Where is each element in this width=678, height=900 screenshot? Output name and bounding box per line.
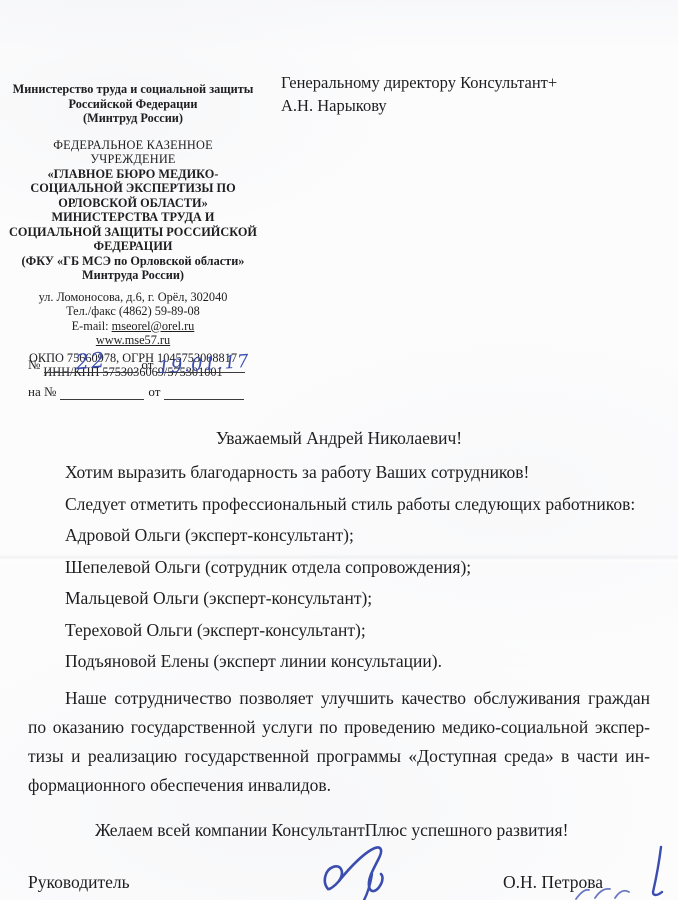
- body-line-intro: Следует отметить профессиональный стиль …: [28, 495, 650, 514]
- scanned-letter-page: Министерство труда и социальной защиты Р…: [0, 0, 678, 900]
- website-url: www.mse57.ru: [8, 333, 258, 348]
- employee-line: Подъяновой Елены (эксперт линии консульт…: [28, 652, 650, 671]
- email-label: E-mail:: [72, 319, 112, 333]
- number-underline: 22: [44, 357, 137, 373]
- email-address: mseorel@orel.ru: [112, 319, 195, 333]
- institution-name: «ГЛАВНОЕ БЮРО МЕДИКО-СОЦИАЛЬНОЙ ЭКСПЕРТИ…: [8, 167, 258, 211]
- body-line-thanks: Хотим выразить благодарность за работу В…: [28, 463, 650, 482]
- reply-number-underline: [60, 384, 144, 400]
- paragraph-line: тизы и реализацию государственной програ…: [28, 742, 650, 771]
- paragraph-line: по оказанию государственной услуги по пр…: [28, 713, 650, 742]
- paragraph-line: Наше сотрудничество позволяет улучшить к…: [28, 684, 650, 713]
- ministry-line: (Минтруд России): [8, 111, 258, 126]
- letterhead: Министерство труда и социальной защиты Р…: [8, 82, 258, 380]
- reply-date-label: от: [148, 384, 160, 400]
- postal-address: ул. Ломоносова, д.6, г. Орёл, 302040: [8, 290, 258, 305]
- employee-line: Адровой Ольги (эксперт-консультант);: [28, 526, 650, 545]
- date-underline: 19.01.17: [157, 357, 245, 373]
- signer-position: Руководитель: [28, 872, 130, 892]
- outgoing-number-row: №22от19.01.17: [28, 357, 268, 375]
- reference-block: №22от19.01.17 на №от: [28, 357, 268, 411]
- reply-date-underline: [164, 384, 244, 400]
- email-line: E-mail: mseorel@orel.ru: [8, 319, 258, 334]
- date-label: от: [141, 357, 153, 373]
- institution-short-name: (ФКУ «ГБ МСЭ по Орловской области» Минтр…: [8, 254, 258, 283]
- ministry-line: Министерство труда и социальной защиты: [8, 82, 258, 97]
- handwritten-number: 22: [75, 348, 108, 375]
- handwritten-signature: [320, 842, 412, 900]
- cooperation-paragraph: Наше сотрудничество позволяет улучшить к…: [28, 684, 650, 800]
- employee-line: Тереховой Ольги (эксперт-консультант);: [28, 621, 650, 640]
- salutation: Уважаемый Андрей Николаевич!: [28, 428, 650, 448]
- reply-label: на №: [28, 384, 56, 400]
- ministry-block: Министерство труда и социальной защиты Р…: [8, 82, 258, 126]
- recipient-title: Генеральному директору Консультант+: [281, 72, 671, 95]
- ministry-line: Российской Федерации: [8, 97, 258, 112]
- phone-fax: Тел./факс (4862) 59-89-08: [8, 304, 258, 319]
- faint-handwriting-fragment: [572, 886, 634, 900]
- paragraph-line: формационного обеспечения инвалидов.: [28, 771, 650, 800]
- employee-line: Шепелевой Ольги (сотрудник отдела сопров…: [28, 558, 650, 577]
- reply-number-row: на №от: [28, 384, 268, 402]
- contact-block: ул. Ломоносова, д.6, г. Орёл, 302040 Тел…: [8, 290, 258, 348]
- institution-type: ФЕДЕРАЛЬНОЕ КАЗЕННОЕ УЧРЕЖДЕНИЕ: [33, 138, 233, 167]
- recipient-block: Генеральному директору Консультант+ А.Н.…: [281, 72, 671, 117]
- employee-line: Мальцевой Ольги (эксперт-консультант);: [28, 589, 650, 608]
- number-label: №: [28, 357, 40, 373]
- pen-mark-bottom-right: [643, 845, 677, 900]
- recipient-name: А.Н. Нарыкову: [281, 95, 671, 118]
- institution-parent: МИНИСТЕРСТВА ТРУДА И СОЦИАЛЬНОЙ ЗАЩИТЫ Р…: [8, 210, 258, 254]
- letter-body: Уважаемый Андрей Николаевич! Хотим выраз…: [28, 428, 650, 857]
- closing-wish: Желаем всей компании КонсультантПлюс усп…: [28, 820, 650, 840]
